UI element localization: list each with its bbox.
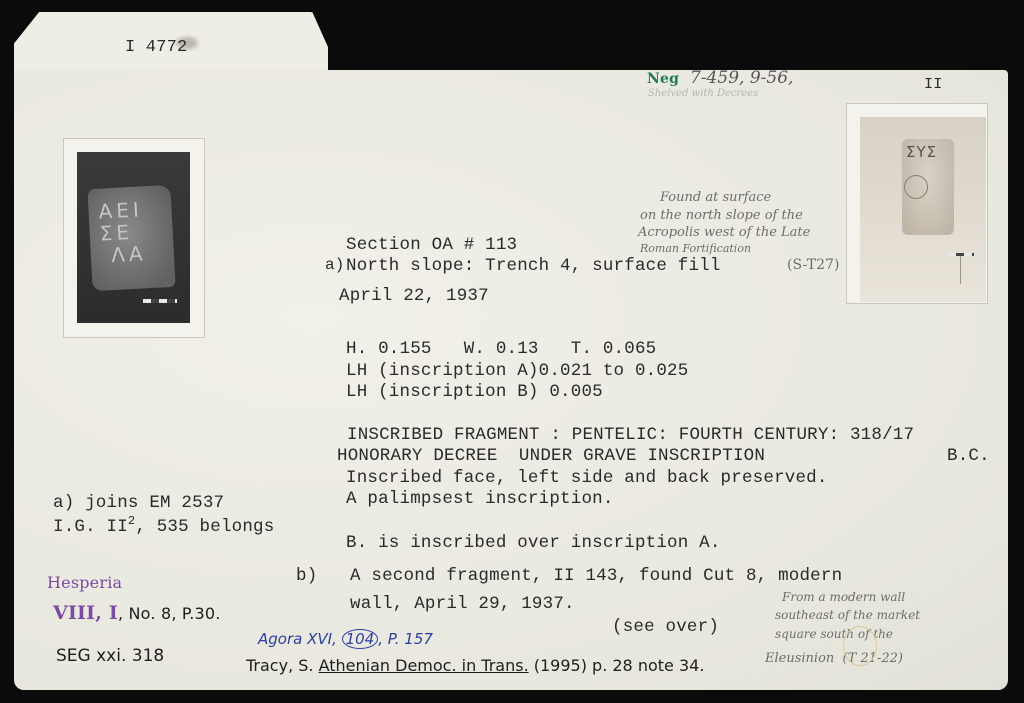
hesperia-ref: VIII, I, No. 8, P.30. [53, 602, 221, 625]
shelved-note: Shelved with Decrees [648, 88, 758, 99]
see-over: (see over) [612, 617, 719, 637]
location: North slope: Trench 4, surface fill [346, 256, 721, 276]
photo-left-image: ΑΕΙ ΣΕ ΛΑ [77, 152, 190, 323]
stone-fragment-a: ΑΕΙ ΣΕ ΛΑ [87, 185, 175, 291]
description-bc: B.C. [947, 446, 990, 466]
scale-bar [948, 253, 974, 256]
photo-left: ΑΕΙ ΣΕ ΛΑ [63, 138, 205, 338]
rosette-relief [904, 175, 928, 199]
location-grid: (S-T27) [787, 257, 839, 273]
second-fragment-2: wall, April 29, 1937. [350, 594, 575, 614]
preserved-note: Inscribed face, left side and back prese… [346, 468, 828, 488]
inscription-letters: ΑΕΙ ΣΕ ΛΑ [98, 198, 147, 266]
roman-numeral: II [924, 76, 942, 93]
neg-stamp: Neg [647, 71, 679, 87]
joins-ref: a) joins EM 2537 [53, 493, 224, 513]
inscription-letters: ΣΥΣ [906, 141, 937, 163]
second-fragment-1: A second fragment, II 143, found Cut 8, … [350, 566, 842, 586]
found-note-4: Roman Fortification [640, 242, 751, 255]
scale-stem [960, 256, 961, 284]
found-note-1: Found at surface [660, 190, 771, 205]
section-number: Section OA # 113 [346, 235, 517, 255]
photo-right-image: ΣΥΣ [860, 117, 986, 302]
wall-note-2: southeast of the market [775, 608, 920, 622]
b-over-a: B. is inscribed over inscription A. [346, 533, 721, 553]
letter-height-b: LH (inscription B) 0.005 [346, 382, 603, 402]
agora-ref: Agora XVI, 104, P. 157 [258, 630, 433, 648]
description-line1: INSCRIBED FRAGMENT : PENTELIC: FOURTH CE… [347, 425, 914, 445]
b-prefix: b) [296, 566, 317, 586]
hesperia-stamp: Hesperia [47, 573, 122, 592]
location-prefix: a) [325, 256, 345, 274]
catalog-number: I 4772 [125, 38, 187, 57]
description-line2: HONORARY DECREE UNDER GRAVE INSCRIPTION [337, 446, 765, 466]
dimensions: H. 0.155 W. 0.13 T. 0.065 [346, 339, 656, 359]
found-note-3: Acropolis west of the Late [638, 225, 810, 240]
ig-ref: I.G. II2, 535 belongs [53, 514, 274, 537]
date: April 22, 1937 [339, 286, 489, 306]
stone-fragment-b: ΣΥΣ [902, 139, 954, 235]
scale-bar [143, 299, 177, 303]
palimpsest-note: A palimpsest inscription. [346, 489, 614, 509]
neg-numbers: 7-459, 9-56, [690, 68, 793, 88]
photo-right: ΣΥΣ [846, 103, 988, 304]
wall-note-4: Eleusinion (T 21-22) [765, 651, 903, 666]
tracy-ref: Tracy, S. Athenian Democ. in Trans. (199… [246, 656, 704, 675]
wall-note-1: From a modern wall [782, 590, 905, 604]
found-note-2: on the north slope of the [640, 208, 803, 223]
seg-ref: SEG xxi. 318 [56, 646, 164, 666]
letter-height-a: LH (inscription A)0.021 to 0.025 [346, 361, 688, 381]
stain-ring [843, 626, 877, 666]
